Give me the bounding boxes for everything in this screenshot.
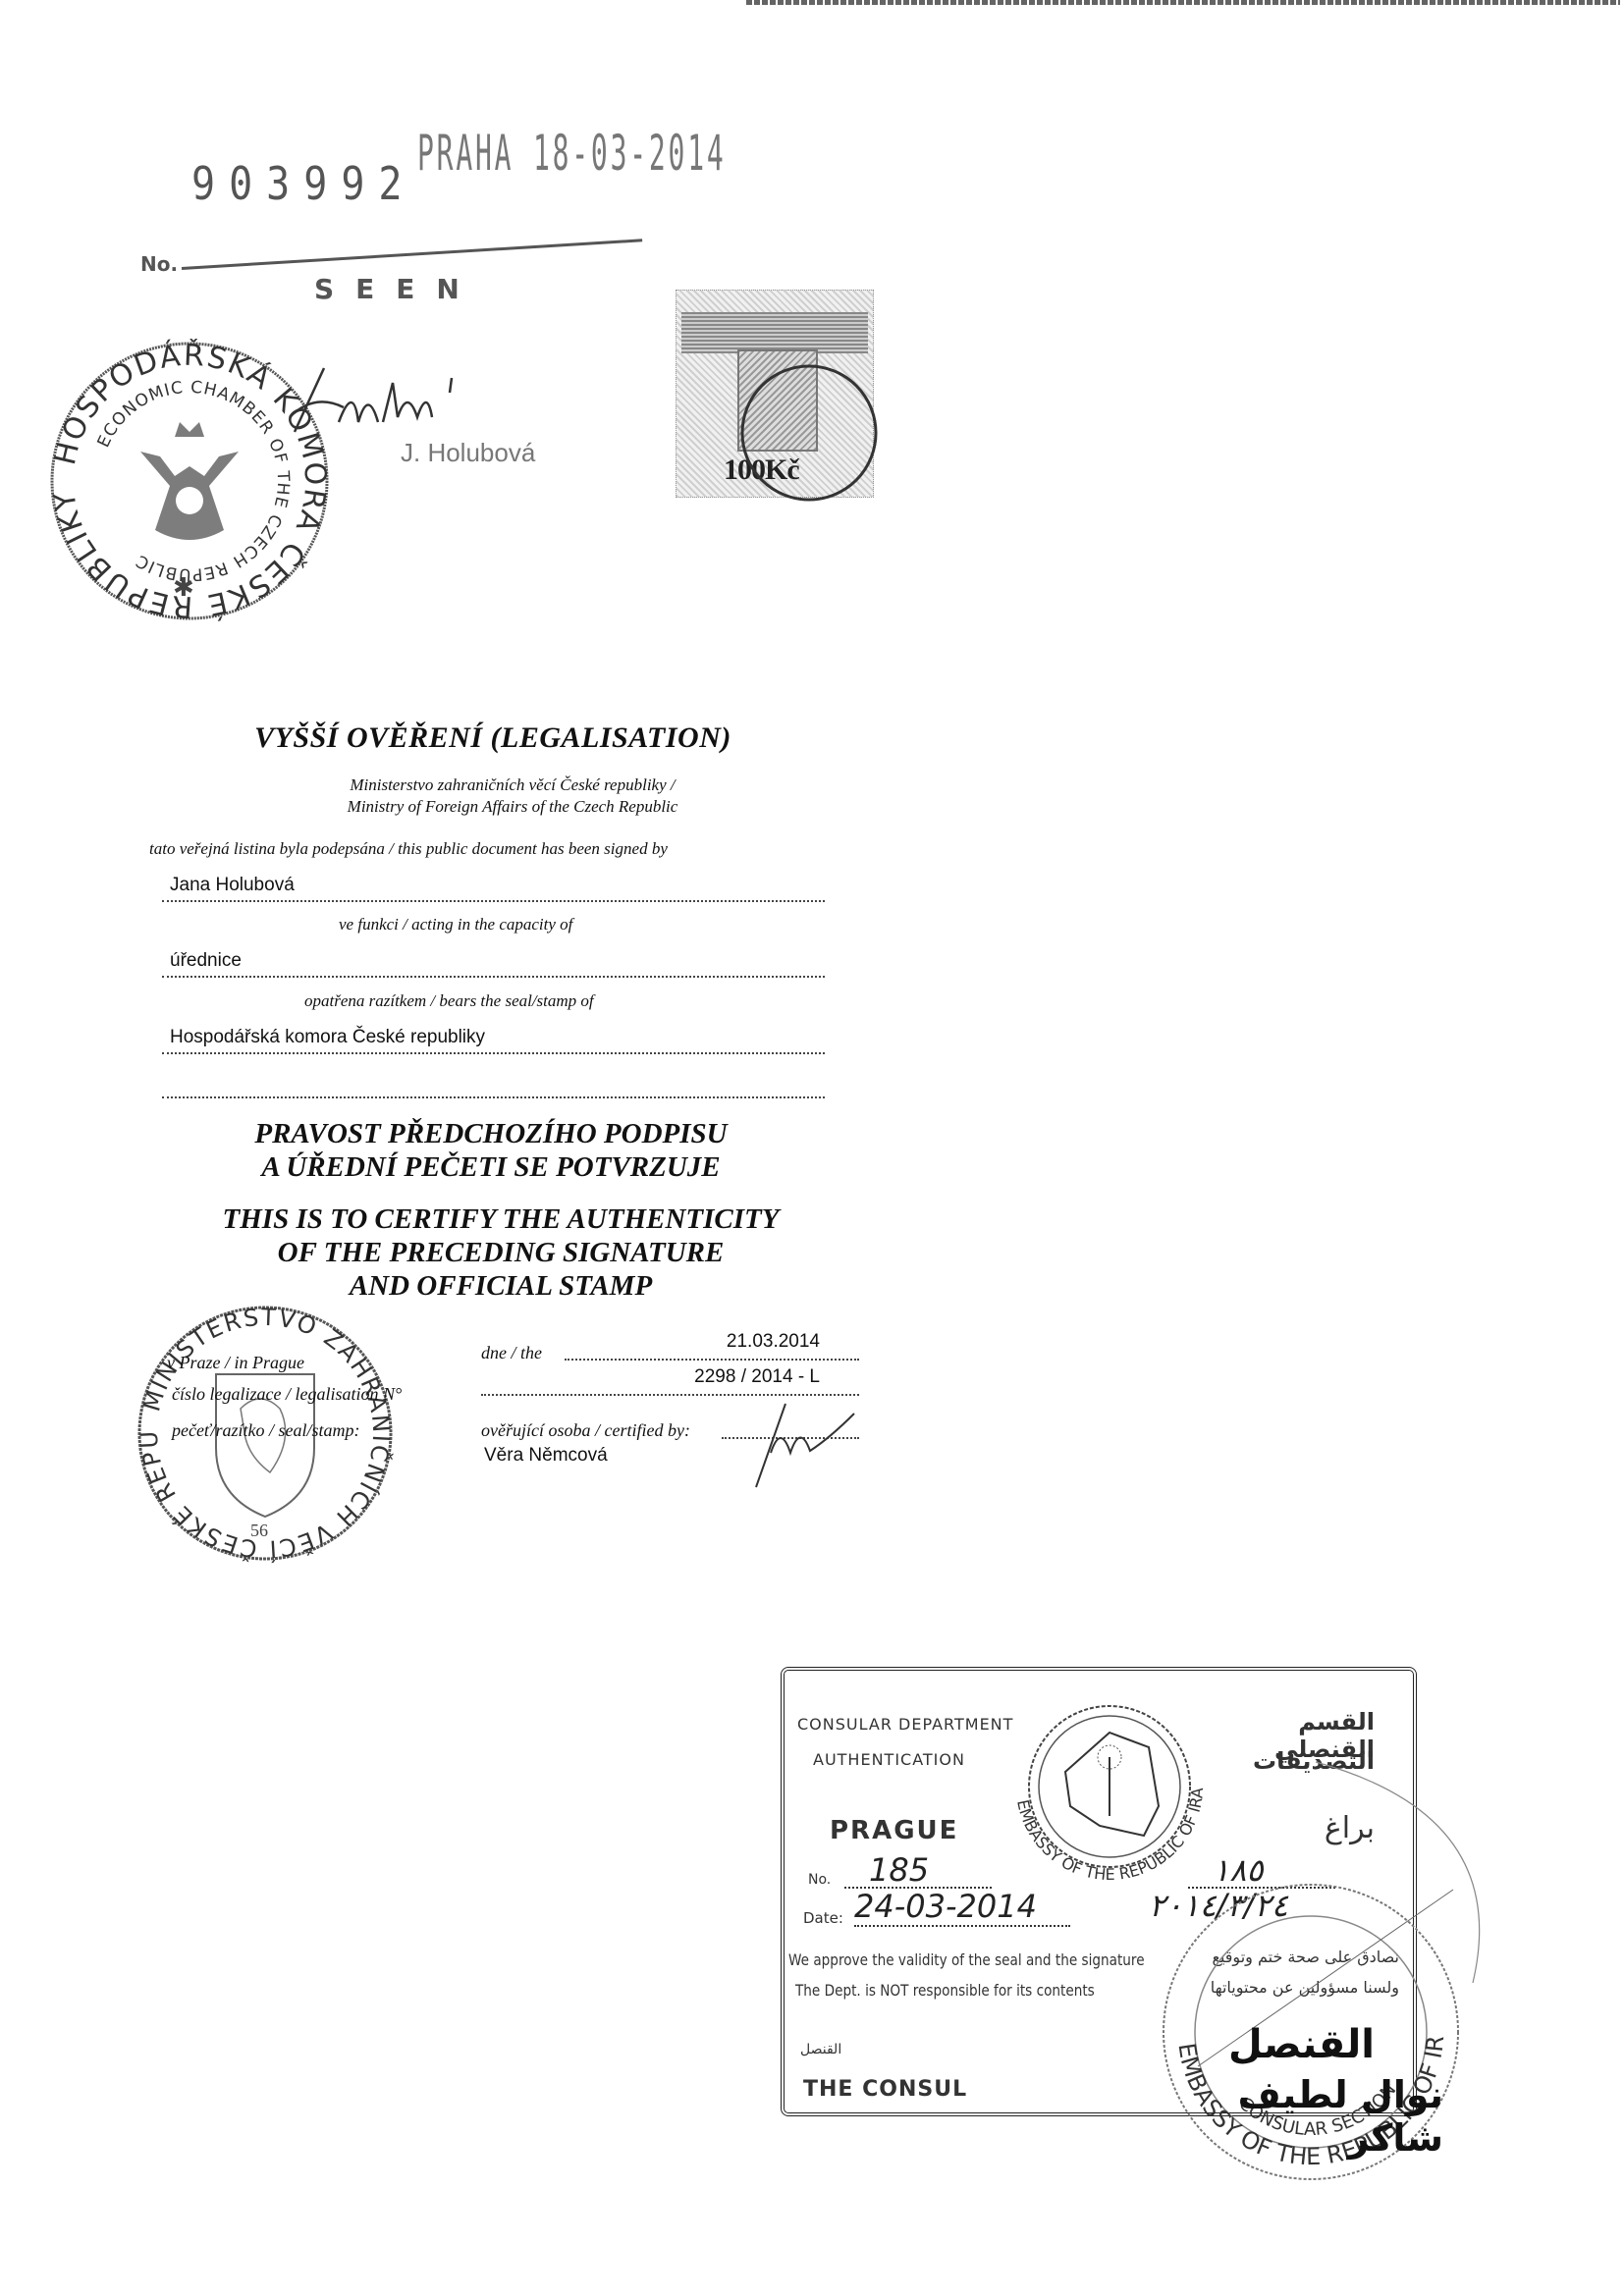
signed-by-value: Jana Holubová <box>170 875 295 895</box>
date-field: 21.03.2014 <box>565 1331 859 1361</box>
legalisation-number-label: číslo legalizace / legalisation N° <box>172 1384 402 1405</box>
certify-heading-cz: PRAVOST PŘEDCHOZÍHO PODPISU A ÚŘEDNÍ PEČ… <box>187 1117 795 1184</box>
no-label: No. <box>140 252 178 276</box>
nemcova-signature <box>746 1384 864 1492</box>
embassy-emblem-seal: EMBASSY OF THE REPUBLIC OF IRAQ <box>1001 1679 1218 1895</box>
signatory-name-stamp: J. Holubová <box>401 438 535 468</box>
signed-by-label: tato veřejná listina byla podepsána / th… <box>149 839 837 859</box>
seal-label: opatřena razítkem / bears the seal/stamp… <box>304 991 594 1011</box>
cancellation-seal-icon <box>735 359 883 507</box>
certify-cz-line-2: A ÚŘEDNÍ PEČETI SE POTVRZUJE <box>187 1150 795 1184</box>
seal-stamp-label: pečeť/razítko / seal/stamp: <box>172 1420 360 1441</box>
seen-underline <box>182 239 642 270</box>
svg-text:EMBASSY OF THE REPUBLIC OF IRA: EMBASSY OF THE REPUBLIC OF IRAQ <box>1001 1679 1207 1884</box>
seal-value: Hospodářská komora České republiky <box>170 1027 485 1047</box>
iraq-date-value: 24-03-2014 <box>854 1888 1037 1925</box>
ministry-name-cz: Ministerstvo zahraničních věcí České rep… <box>218 775 807 795</box>
fiscal-stamp-band <box>681 312 868 353</box>
legalisation-title: VYŠŠÍ OVĚŘENÍ (LEGALISATION) <box>218 721 768 755</box>
fiscal-revenue-stamp: 100Kč <box>676 290 874 498</box>
capacity-value: úřednice <box>170 950 242 971</box>
consul-name-ar: نوال لطيف شاكر <box>1168 2073 1443 2160</box>
city-en: PRAGUE <box>830 1816 958 1845</box>
seen-stamp: SEEN <box>314 273 481 305</box>
capacity-label: ve funkci / acting in the capacity of <box>339 915 572 934</box>
iraq-no-value: 185 <box>869 1851 929 1889</box>
iraq-map-emblem-icon: EMBASSY OF THE REPUBLIC OF IRAQ <box>1001 1679 1218 1895</box>
iraq-no-field: 185 <box>844 1855 992 1889</box>
date-label: dne / the <box>481 1343 542 1363</box>
serial-number-stamp: 903992 <box>191 159 416 211</box>
certify-cz-line-1: PRAVOST PŘEDCHOZÍHO PODPISU <box>187 1117 795 1150</box>
iraq-date-label: Date: <box>803 1909 843 1927</box>
svg-text:✱: ✱ <box>173 573 194 602</box>
consul-label-en: THE CONSUL <box>803 2077 967 2102</box>
certify-en-line-1: THIS IS TO CERTIFY THE AUTHENTICITY <box>167 1202 835 1236</box>
ministry-name-en: Ministry of Foreign Affairs of the Czech… <box>218 797 807 817</box>
praha-date-stamp: PRAHA 18-03-2014 <box>417 126 727 183</box>
holubova-signature <box>285 363 481 442</box>
certify-heading-en: THIS IS TO CERTIFY THE AUTHENTICITY OF T… <box>167 1202 835 1303</box>
seal-field: Hospodářská komora České republiky <box>162 1021 825 1054</box>
capacity-field: úřednice <box>162 944 825 978</box>
consul-label-ar: القنصل <box>800 2042 908 2057</box>
svg-text:56: 56 <box>250 1521 268 1540</box>
place-label: v Praze / in Prague <box>167 1353 304 1373</box>
certified-by-label: ověřující osoba / certified by: <box>481 1420 690 1441</box>
certify-en-line-2: OF THE PRECEDING SIGNATURE <box>167 1236 835 1269</box>
iraq-date-field: 24-03-2014 <box>854 1892 1070 1927</box>
consul-title-ar: القنصل <box>1218 2022 1375 2067</box>
approve-text-en: We approve the validity of the seal and … <box>788 1950 1145 1969</box>
blank-field <box>162 1065 825 1098</box>
authentication-en: AUTHENTICATION <box>813 1750 965 1769</box>
scan-edge-artifact <box>746 0 1620 5</box>
faint-arc-mark <box>1316 1757 1512 2012</box>
disclaimer-text-en: The Dept. is NOT responsible for its con… <box>795 1981 1095 2000</box>
certify-en-line-3: AND OFFICIAL STAMP <box>167 1269 835 1303</box>
consular-dept-en: CONSULAR DEPARTMENT <box>797 1715 1013 1734</box>
signed-by-field: Jana Holubová <box>162 869 825 902</box>
certified-by-value: Věra Němcová <box>484 1445 608 1467</box>
iraq-no-label: No. <box>808 1872 831 1888</box>
date-value: 21.03.2014 <box>727 1331 820 1353</box>
